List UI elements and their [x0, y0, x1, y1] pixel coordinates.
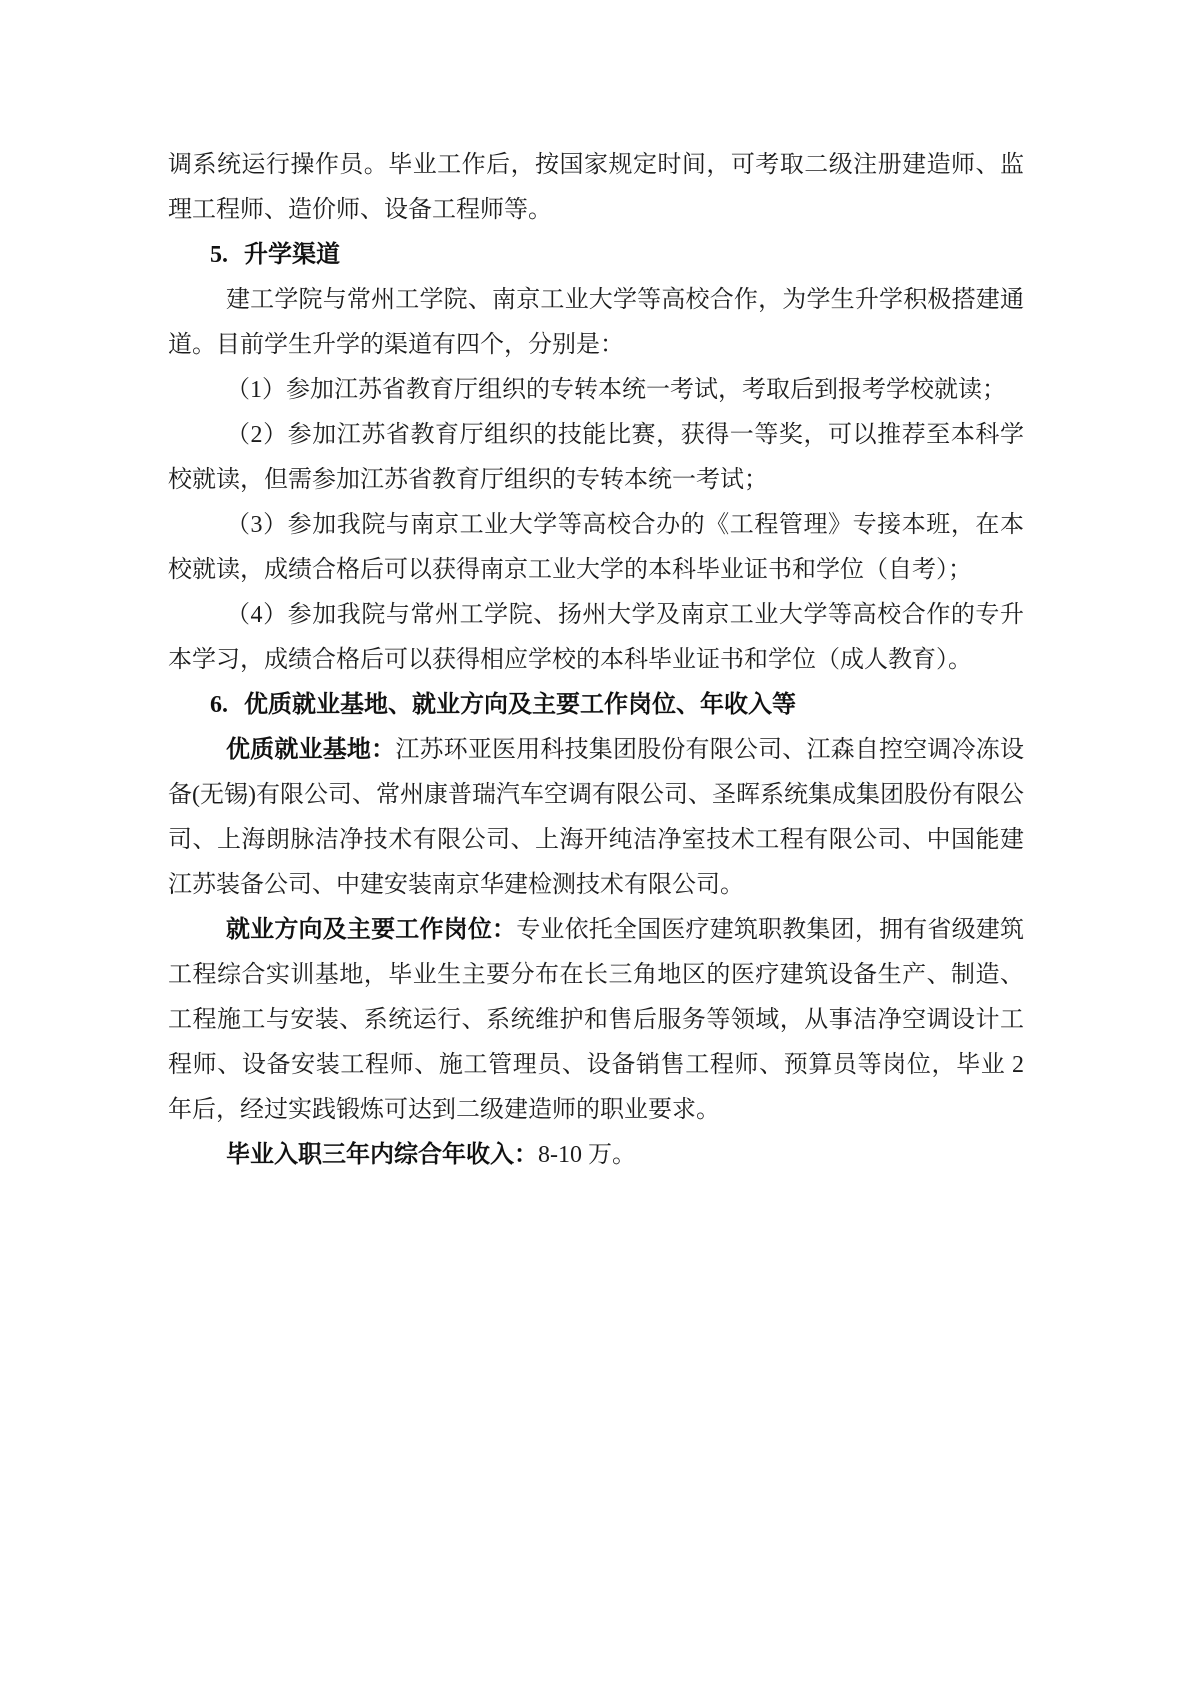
paragraph-text: 专业依托全国医疗建筑职教集团，拥有省级建筑工程综合实训基地，毕业生主要分布在长三…	[168, 917, 1024, 1123]
paragraph: 调系统运行操作员。毕业工作后，按国家规定时间，可考取二级注册建造师、监理工程师、…	[168, 143, 1024, 233]
document-page: 调系统运行操作员。毕业工作后，按国家规定时间，可考取二级注册建造师、监理工程师、…	[0, 0, 1191, 1684]
document-content: 调系统运行操作员。毕业工作后，按国家规定时间，可考取二级注册建造师、监理工程师、…	[168, 143, 1024, 1178]
paragraph-text: 调系统运行操作员。毕业工作后，按国家规定时间，可考取二级注册建造师、监理工程师、…	[168, 152, 1024, 223]
paragraph: 优质就业基地：江苏环亚医用科技集团股份有限公司、江森自控空调冷冻设备(无锡)有限…	[168, 728, 1024, 908]
paragraph-lead-label: 就业方向及主要工作岗位：	[226, 917, 516, 943]
heading-text: 优质就业基地、就业方向及主要工作岗位、年收入等	[244, 692, 796, 718]
heading-number: 6.	[210, 692, 244, 718]
section-heading: 5.升学渠道	[168, 233, 1024, 278]
paragraph-text: （2）参加江苏省教育厅组织的技能比赛，获得一等奖，可以推荐至本科学校就读，但需参…	[168, 422, 1024, 493]
paragraph-lead-label: 毕业入职三年内综合年收入：	[226, 1142, 538, 1168]
paragraph: （1）参加江苏省教育厅组织的专转本统一考试，考取后到报考学校就读；	[168, 368, 1024, 413]
heading-text: 升学渠道	[244, 242, 340, 268]
paragraph: 就业方向及主要工作岗位：专业依托全国医疗建筑职教集团，拥有省级建筑工程综合实训基…	[168, 908, 1024, 1133]
paragraph-text: （4）参加我院与常州工学院、扬州大学及南京工业大学等高校合作的专升本学习，成绩合…	[168, 602, 1024, 673]
paragraph: 毕业入职三年内综合年收入：8-10 万。	[168, 1133, 1024, 1178]
paragraph: （4）参加我院与常州工学院、扬州大学及南京工业大学等高校合作的专升本学习，成绩合…	[168, 593, 1024, 683]
paragraph-text: 8-10 万。	[538, 1142, 636, 1168]
paragraph: （3）参加我院与南京工业大学等高校合办的《工程管理》专接本班，在本校就读，成绩合…	[168, 503, 1024, 593]
paragraph-text: （1）参加江苏省教育厅组织的专转本统一考试，考取后到报考学校就读；	[226, 377, 1006, 403]
paragraph-lead-label: 优质就业基地：	[226, 737, 395, 763]
section-heading: 6.优质就业基地、就业方向及主要工作岗位、年收入等	[168, 683, 1024, 728]
paragraph: 建工学院与常州工学院、南京工业大学等高校合作，为学生升学积极搭建通道。目前学生升…	[168, 278, 1024, 368]
paragraph: （2）参加江苏省教育厅组织的技能比赛，获得一等奖，可以推荐至本科学校就读，但需参…	[168, 413, 1024, 503]
paragraph-text: （3）参加我院与南京工业大学等高校合办的《工程管理》专接本班，在本校就读，成绩合…	[168, 512, 1024, 583]
heading-number: 5.	[210, 242, 244, 268]
paragraph-text: 建工学院与常州工学院、南京工业大学等高校合作，为学生升学积极搭建通道。目前学生升…	[168, 287, 1024, 358]
